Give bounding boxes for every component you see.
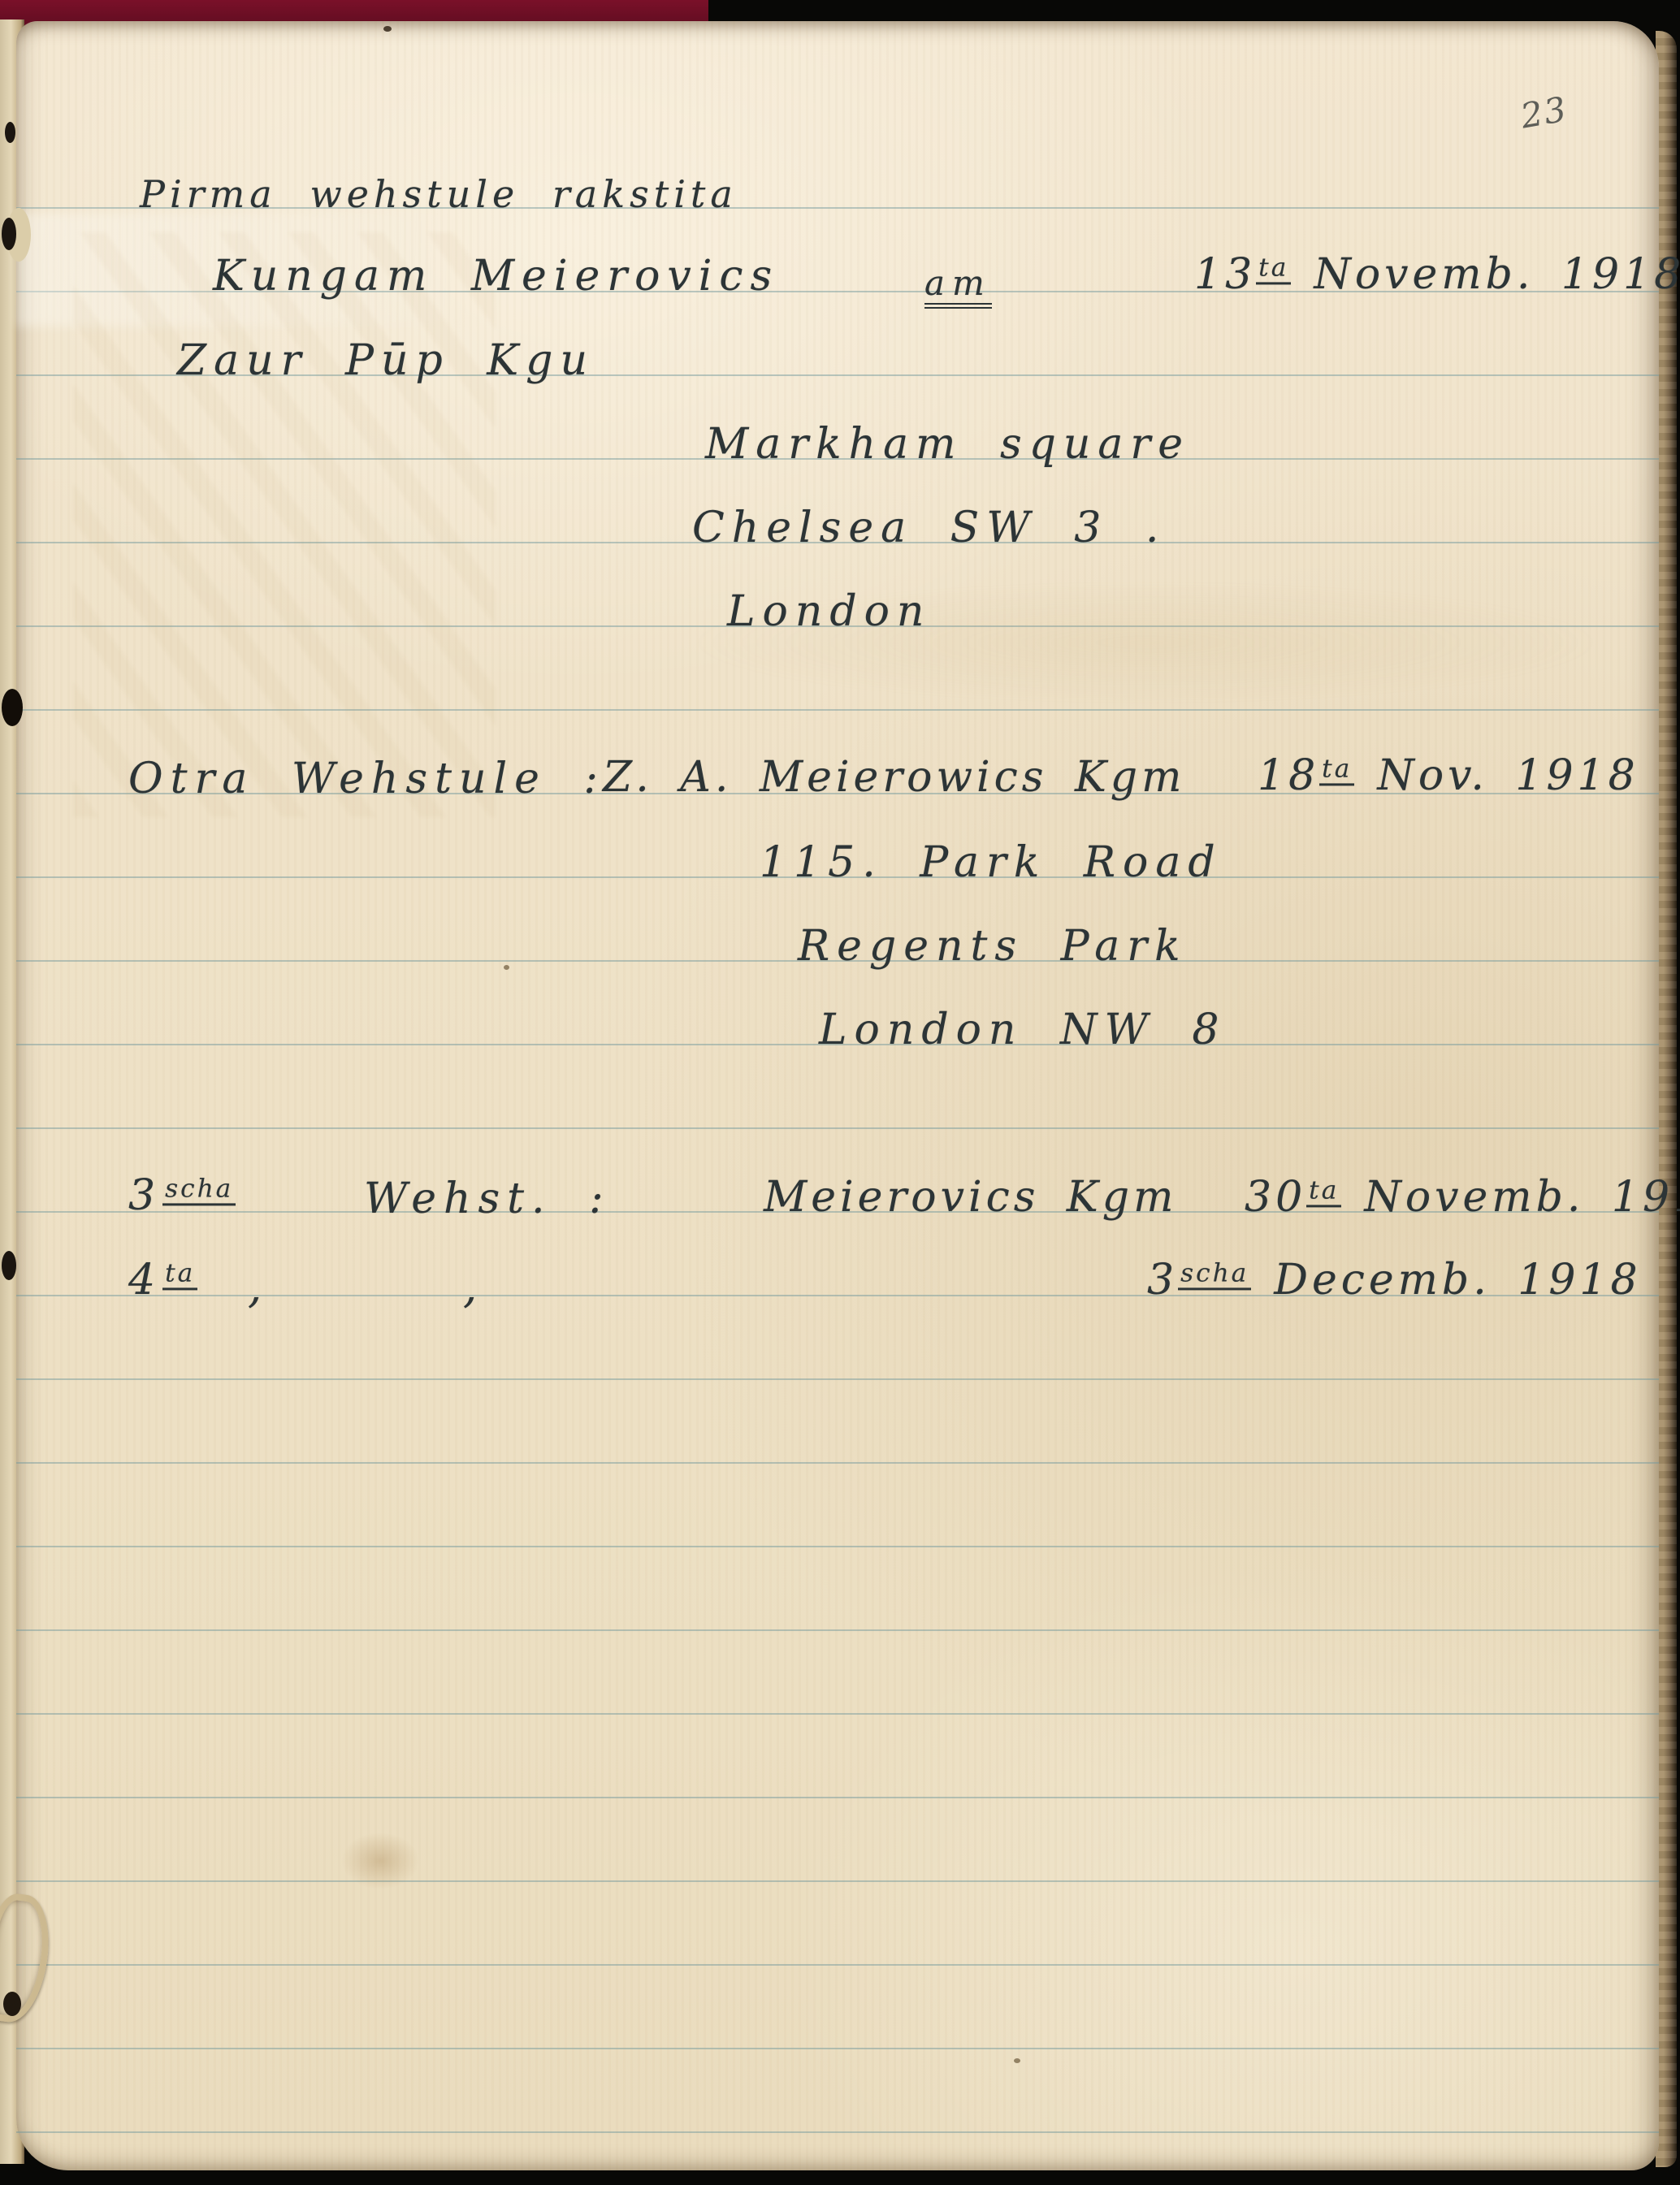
date-day: 30 — [1245, 1173, 1306, 1222]
handwritten-letter3-label: Wehst. : — [364, 1178, 611, 1220]
stitch-hole — [2, 218, 16, 250]
handwritten-date-3: 30taNovemb. 1918 — [1245, 1176, 1680, 1220]
handwritten-letter2-label: Otra Wehstule : — [128, 758, 605, 800]
date-day: 18 — [1258, 751, 1319, 800]
handwritten-letter4-ordinal: 4ta — [128, 1259, 197, 1303]
stitch-hole — [3, 1992, 21, 2016]
handwritten-letter2-recipient: Z. A. Meierowics Kgm — [603, 756, 1185, 798]
date-month-year: Novemb. 1918 — [1314, 250, 1680, 299]
date-month-year: Nov. 1918 — [1377, 751, 1639, 800]
paper-stain — [341, 1832, 419, 1889]
ditto-mark: , — [463, 1266, 477, 1309]
handwritten-letter3-ordinal: 3scha — [128, 1175, 236, 1218]
date-day-suffix: ta — [1306, 1178, 1341, 1207]
handwritten-date-4: 3schaDecemb. 1918 — [1147, 1259, 1642, 1303]
date-day-suffix: ta — [1256, 255, 1291, 284]
handwritten-line-title: Pirma wehstule rakstita — [140, 175, 738, 213]
handwritten-address-2-street: 115. Park Road — [760, 842, 1223, 884]
handwritten-via-line: Zaur Pūp Kgu — [177, 340, 595, 382]
paper-speck — [1014, 2058, 1020, 2063]
handwritten-date-1: 13taNovemb. 1918 — [1194, 253, 1680, 297]
handwritten-address-2-area: Regents Park — [798, 925, 1188, 967]
ordinal-suffix: ta — [162, 1261, 197, 1290]
date-day-suffix: ta — [1319, 756, 1354, 785]
page-number: 23 — [1518, 89, 1570, 136]
date-day: 3 — [1147, 1256, 1178, 1305]
date-day-suffix: scha — [1178, 1261, 1251, 1290]
ordinal-number: 4 — [128, 1256, 162, 1305]
notebook-page: 23 Pirma wehstule rakstita Kungam Meiero… — [16, 21, 1659, 2170]
paper-speck — [383, 26, 392, 32]
handwritten-date-2: 18taNov. 1918 — [1258, 755, 1639, 798]
handwritten-address-2-city: London NW 8 — [819, 1009, 1227, 1051]
paper-speck — [504, 965, 509, 970]
date-month-year: Novemb. 1918 — [1364, 1173, 1680, 1222]
ditto-mark: , — [248, 1266, 262, 1309]
ordinal-number: 3 — [128, 1171, 162, 1220]
date-day: 13 — [1194, 250, 1256, 299]
stitch-hole — [2, 1251, 16, 1280]
handwritten-letter3-recipient: Meierovics Kgm — [764, 1176, 1177, 1218]
date-month-year: Decemb. 1918 — [1274, 1256, 1641, 1305]
stitch-hole — [5, 122, 15, 143]
handwritten-address-1-city: London — [727, 591, 931, 633]
notebook-scan: 23 Pirma wehstule rakstita Kungam Meiero… — [0, 0, 1680, 2185]
paper-smudge — [73, 232, 496, 817]
handwritten-prep-am: am — [924, 266, 992, 309]
handwritten-address-1-district: Chelsea SW 3 . — [692, 507, 1166, 549]
ordinal-suffix: scha — [162, 1176, 236, 1205]
handwritten-address-1-street: Markham square — [705, 423, 1190, 465]
stitch-hole — [2, 689, 23, 726]
handwritten-recipient-1: Kungam Meierovics — [213, 255, 779, 297]
